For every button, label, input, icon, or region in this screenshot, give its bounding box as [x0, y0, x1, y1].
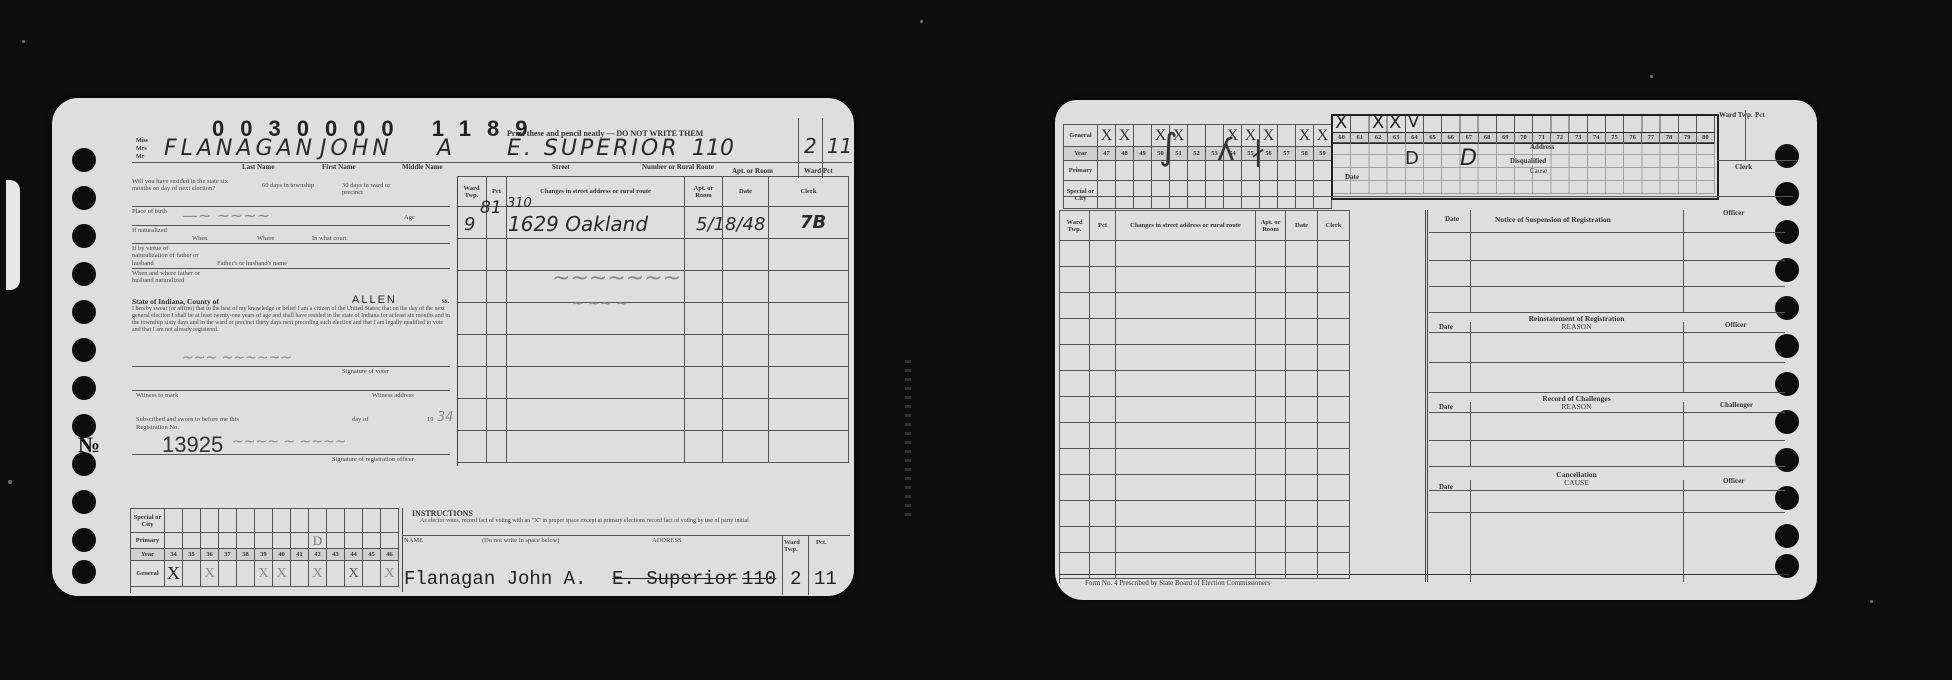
punch-hole: [1775, 524, 1799, 548]
last-name-label: Last Name: [242, 164, 274, 171]
change-address-value: 1629 Oakland: [508, 212, 648, 236]
box-disqualified-label: Disqualified: [1510, 158, 1546, 165]
instructions-text: As elector votes, record fact of voting …: [420, 518, 840, 525]
father-name-label: Father's or husband's name: [217, 260, 287, 267]
witness-label: Witness to mark: [136, 392, 178, 399]
divider: [1683, 210, 1684, 312]
divider: [1683, 402, 1684, 466]
general-cell: [363, 561, 381, 587]
boxed-lower-rows: [1333, 142, 1715, 194]
right-pct-label: Pct: [1755, 112, 1765, 119]
row-label-primary: Primary: [131, 533, 165, 549]
divider: [1059, 574, 1789, 575]
divider: [132, 454, 450, 455]
year-cell: 36: [201, 549, 219, 561]
row-label-general: General: [1064, 125, 1098, 147]
state-county-label: State of Indiana, County of: [132, 298, 219, 306]
divider: [1470, 322, 1471, 392]
divider: [132, 366, 450, 367]
divider: [1470, 402, 1471, 466]
primary-cell: [363, 533, 381, 549]
footer-name-label: NAME: [404, 537, 423, 544]
year-cell: 52: [1188, 147, 1206, 161]
divider: [1429, 412, 1785, 413]
street-label: Street: [552, 164, 570, 171]
col-address: Changes in street address or rural route: [1116, 211, 1256, 241]
film-speck: [920, 20, 923, 23]
divider: [1429, 440, 1785, 441]
col-address: Changes in street address or rural route: [507, 177, 685, 207]
divider: [1717, 160, 1797, 161]
place-of-birth-value: —~ ~~~~: [182, 206, 270, 225]
father-naturalized-label: When and where father or husband natural…: [132, 270, 222, 285]
divider: [1425, 210, 1426, 582]
voter-signature: ~~~ ~~~~~~: [182, 350, 292, 366]
form-footer: Form No. 4 Prescribed by State Board of …: [1085, 580, 1270, 587]
primary-cell: [291, 533, 309, 549]
first-name-value: JOHN: [320, 136, 393, 161]
honorific-mrs: Mrs: [136, 146, 147, 152]
middle-name-label: Middle Name: [402, 164, 443, 171]
change-pct-value: 81: [480, 198, 502, 218]
handwritten-mark: ∤: [1251, 138, 1265, 166]
punch-hole: [1775, 448, 1799, 472]
general-cell: X: [1314, 125, 1332, 147]
divider: [1429, 232, 1785, 233]
mark-primary: D: [1405, 150, 1419, 168]
punch-hole: [1775, 144, 1799, 168]
year-cell: 48: [1116, 147, 1134, 161]
row-label-general: General: [131, 561, 165, 587]
challenger-label: Challenger: [1720, 402, 1753, 409]
divider: [132, 206, 450, 207]
primary-cell: [183, 533, 201, 549]
box-address-label: Address: [1530, 144, 1554, 151]
general-cell: [237, 561, 255, 587]
typed-pct: 11: [814, 568, 837, 590]
divider: [402, 508, 403, 592]
primary-cell: [345, 533, 363, 549]
punch-hole: [1775, 334, 1799, 358]
film-speck: [22, 40, 25, 43]
change-ward-value: 9: [464, 214, 475, 235]
year-cell: 45: [363, 549, 381, 561]
primary-cell: [219, 533, 237, 549]
divider: [132, 243, 450, 244]
general-cell: X: [1116, 125, 1134, 147]
witness-address-label: Witness address: [372, 392, 414, 399]
registrar-signature-label: Signature of registration officer: [332, 456, 414, 463]
honorific-miss: Miss: [136, 138, 148, 144]
year-cell: 47: [1098, 147, 1116, 161]
first-name-label: First Name: [322, 164, 356, 171]
registrar-signature: ~~~~ ~ ~~~~: [232, 434, 346, 450]
punch-hole: [72, 376, 96, 400]
film-speck: [8, 480, 12, 484]
row-label-special: Special or City: [1064, 181, 1098, 209]
general-cell: X: [381, 561, 399, 587]
naturalized-label: If naturalized: [132, 227, 176, 234]
footer-note: (Do not write in space below): [482, 537, 559, 544]
punch-hole: [72, 186, 96, 210]
typed-number: 110: [742, 568, 776, 590]
divider: [822, 118, 823, 178]
year-cell: 41: [291, 549, 309, 561]
signature-label: Signature of voter: [342, 368, 389, 375]
primary-cell: [327, 533, 345, 549]
punch-hole: [1775, 182, 1799, 206]
box-date-label: Date: [1345, 174, 1359, 181]
divider: [808, 535, 809, 595]
court-label: In what court: [312, 235, 347, 242]
divider: [1429, 490, 1785, 491]
change-date-value: 5/18/48: [696, 214, 765, 235]
street-value: E. SUPERIOR: [507, 136, 680, 161]
pct-value: 11: [827, 134, 852, 158]
faint-scribble: ~ ~~ ~: [572, 296, 628, 312]
divider: [1429, 286, 1785, 287]
year-cell: 57: [1278, 147, 1296, 161]
divider: [132, 225, 450, 226]
suspension-title: Notice of Suspension of Registration: [1495, 216, 1611, 224]
punch-hole: [1775, 258, 1799, 282]
primary-cell: [237, 533, 255, 549]
col-pct: Pct: [1090, 211, 1116, 241]
primary-cell: D: [309, 533, 327, 549]
punch-hole: [72, 338, 96, 362]
honorific-mr: Mr: [136, 154, 144, 160]
col-date: Date: [723, 177, 769, 207]
reinstatement-reason-label: REASON: [1470, 322, 1683, 331]
residence-question: Will you have resided in the state six m…: [132, 178, 242, 193]
divider: [1429, 392, 1785, 393]
change-clerk-value: 7B: [800, 212, 826, 233]
cancellation-officer-label: Officer: [1723, 478, 1744, 485]
general-cell: X: [255, 561, 273, 587]
year-cell: 40: [273, 549, 291, 561]
day-of-label: day of: [352, 416, 368, 423]
general-cell: [1278, 125, 1296, 147]
ward-precinct-label: 30 days in ward or precinct: [342, 182, 412, 197]
age-label: Age: [404, 214, 415, 221]
divider: [1683, 480, 1684, 582]
divider: [1470, 210, 1471, 312]
general-cell: [219, 561, 237, 587]
ward-value: 2: [804, 134, 817, 158]
general-cell: X: [273, 561, 291, 587]
col-clerk: Clerk: [1318, 211, 1350, 241]
row-label-primary: Primary: [1064, 161, 1098, 181]
year-value: 34: [437, 410, 454, 425]
divider: [1745, 110, 1746, 160]
footer-address-label: ADDRESS: [652, 537, 682, 544]
challenges-date-label: Date: [1439, 404, 1453, 411]
col-ward: Ward Twp.: [1060, 211, 1090, 241]
general-cell: X: [1098, 125, 1116, 147]
year-cell: 59: [1314, 147, 1332, 161]
divider: [1429, 332, 1785, 333]
film-speck: [1870, 600, 1873, 603]
primary-cell: [201, 533, 219, 549]
punch-hole: [72, 560, 96, 584]
divider: [1429, 466, 1785, 467]
punch-hole: [72, 528, 96, 552]
year-cell: 38: [237, 549, 255, 561]
divider: [1429, 312, 1785, 313]
divider: [798, 118, 799, 178]
box-cause-label: Cause: [1530, 168, 1547, 175]
change-pct-above: 310: [507, 196, 532, 211]
row-label-year: Year: [1064, 147, 1098, 161]
typed-name: Flanagan John A.: [404, 568, 586, 590]
general-cell: [327, 561, 345, 587]
adjacent-card-edge: [6, 180, 20, 290]
year-cell: 39: [255, 549, 273, 561]
divider: [1429, 362, 1785, 363]
suspension-officer-label: Officer: [1723, 210, 1744, 217]
general-cell: [1188, 125, 1206, 147]
divider: [782, 535, 783, 595]
punch-hole: [1775, 410, 1799, 434]
voter-registration-card-back: General X X X X X X X X X Year 47 48 49 …: [1055, 100, 1817, 600]
col-apt: Apt. or Room: [685, 177, 723, 207]
mark-general: V: [1408, 114, 1419, 130]
ss-label: ss.: [442, 298, 449, 305]
right-ward-label: Ward Twp.: [1719, 112, 1741, 119]
year-cell: 49: [1134, 147, 1152, 161]
year-cell: 37: [219, 549, 237, 561]
subscribed-label: Subscribed and sworn to before me this: [136, 416, 239, 423]
year-prefix: 19: [427, 416, 434, 423]
divider: [132, 268, 450, 269]
general-cell: [183, 561, 201, 587]
divider: [132, 390, 450, 391]
reinstatement-date-label: Date: [1439, 324, 1453, 331]
general-cell: [291, 561, 309, 587]
general-cell: X: [165, 561, 183, 587]
mark-general: X: [1372, 114, 1384, 132]
reinstatement-officer-label: Officer: [1725, 322, 1746, 329]
general-cell: [1134, 125, 1152, 147]
year-cell: 58: [1296, 147, 1314, 161]
typed-address: E. Superior: [612, 568, 737, 590]
divider: [1427, 210, 1428, 582]
primary-cell: [381, 533, 399, 549]
divider: [132, 162, 852, 163]
general-cell: X: [1296, 125, 1314, 147]
handwritten-mark: ∫: [1159, 130, 1178, 166]
apt-label: Apt. or Room: [732, 168, 773, 175]
when-label: When: [192, 235, 208, 242]
primary-cell: [273, 533, 291, 549]
address-changes-table-continued: Ward Twp. Pct Changes in street address …: [1059, 210, 1350, 583]
divider: [1429, 260, 1785, 261]
col-date: Date: [1286, 211, 1318, 241]
registration-no-label: Registration No.: [136, 424, 179, 431]
voter-registration-card-front: 0030000 1189 Print these and pencil neat…: [52, 98, 854, 596]
year-cell: 44: [345, 549, 363, 561]
challenges-reason-label: REASON: [1470, 402, 1683, 411]
divider: [1429, 512, 1785, 513]
street-number-value: 110: [692, 136, 734, 161]
number-badge: №: [78, 432, 100, 458]
where-label: Where: [257, 235, 274, 242]
year-cell: 43: [327, 549, 345, 561]
township-label: 60 days in township: [262, 182, 332, 189]
film-splice: [905, 360, 911, 520]
punch-hole: [1775, 296, 1799, 320]
faint-scribble: ~~~~~~~: [552, 266, 681, 291]
ward-pct-label: Ward Pct: [804, 168, 833, 175]
primary-cell: [255, 533, 273, 549]
footer-ward-label: Ward Twp.: [784, 539, 806, 554]
primary-cell: [165, 533, 183, 549]
punch-hole: [72, 300, 96, 324]
year-cell: 42: [309, 549, 327, 561]
mark-general: X: [1335, 114, 1347, 132]
row-label-year: Year: [131, 549, 165, 561]
mark-primary: D: [1460, 148, 1477, 170]
divider: [1683, 322, 1684, 392]
county-value: ALLEN: [352, 294, 397, 306]
punch-hole: [72, 148, 96, 172]
divider: [1470, 480, 1471, 582]
handwritten-mark: ʎ: [1217, 136, 1235, 166]
last-name-value: FLANAGAN: [164, 136, 316, 161]
virtue-label: If by virtue of naturalization of father…: [132, 245, 202, 267]
general-cell: X: [201, 561, 219, 587]
year-cell: 34: [165, 549, 183, 561]
year-cell: 46: [381, 549, 399, 561]
right-clerk-label: Clerk: [1735, 164, 1752, 171]
place-of-birth-label: Place of birth: [132, 208, 172, 215]
col-clerk: Clerk: [769, 177, 849, 207]
punch-hole: [72, 224, 96, 248]
cancellation-cause-label: CAUSE: [1470, 478, 1683, 487]
col-apt: Apt. or Room: [1256, 211, 1286, 241]
suspension-date-label: Date: [1445, 216, 1459, 223]
punch-hole: [72, 490, 96, 514]
general-cell: X: [309, 561, 327, 587]
number-label: Number or Rural Route: [642, 164, 714, 171]
year-cell: 35: [183, 549, 201, 561]
mark-general: X: [1389, 114, 1401, 132]
punch-hole: [72, 262, 96, 286]
divider: [1063, 196, 1793, 197]
footer-pct-label: Pct.: [816, 539, 827, 546]
film-speck: [1650, 75, 1653, 78]
oath-text: I hereby swear (or affirm) that to the b…: [132, 306, 452, 334]
middle-name-value: A: [437, 136, 452, 161]
typed-ward: 2: [790, 568, 801, 590]
voting-record-grid: Special or City Primary D Year 34 35 36 …: [130, 508, 399, 593]
row-label-special: Special or City: [131, 509, 165, 533]
general-cell: X: [345, 561, 363, 587]
